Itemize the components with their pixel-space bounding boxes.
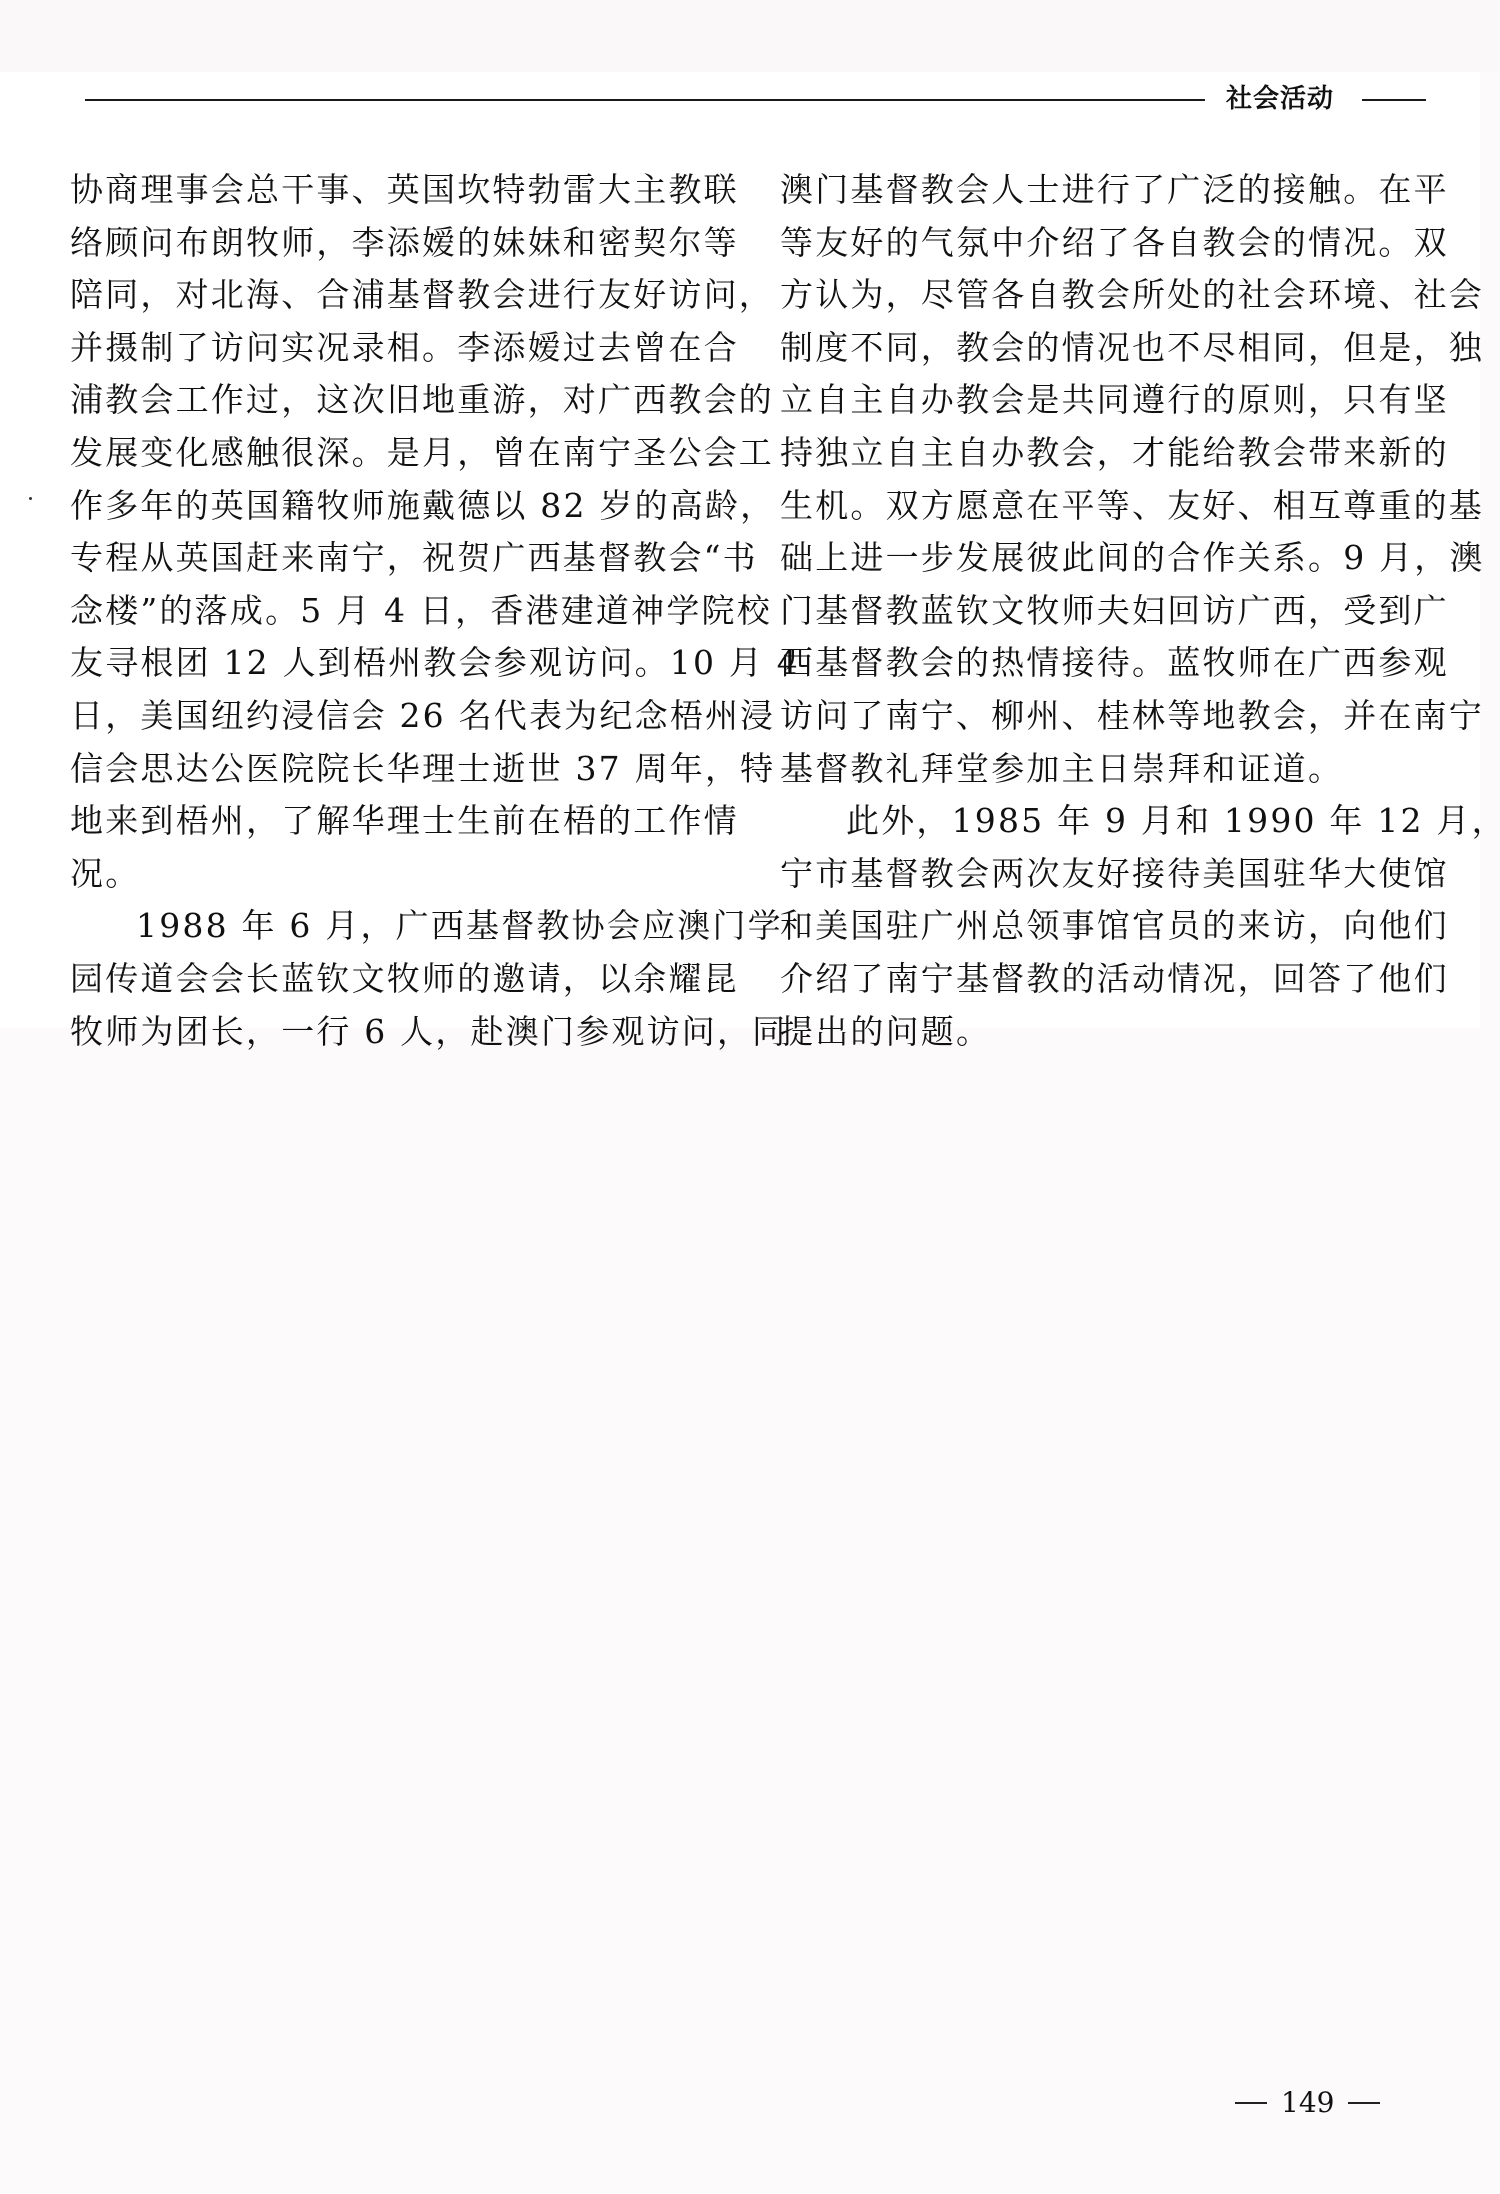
- text-line: 持独立自主自办教会，才能给教会带来新的: [780, 427, 1428, 480]
- text-line: 方认为，尽管各自教会所处的社会环境、社会: [780, 269, 1428, 322]
- text-line: 浦教会工作过，这次旧地重游，对广西教会的: [70, 374, 712, 427]
- text-line: 陪同，对北海、合浦基督教会进行友好访问，: [70, 269, 712, 322]
- text-line: 牧师为团长，一行 6 人，赴澳门参观访问，同: [70, 1006, 712, 1059]
- paragraph-end-line: 况。: [70, 848, 712, 901]
- page-top-margin: [0, 0, 1500, 72]
- text-line: 念楼”的落成。5 月 4 日，香港建道神学院校: [70, 585, 712, 638]
- text-line: 协商理事会总干事、英国坎特勃雷大主教联: [70, 164, 712, 217]
- running-header-section-title: 社会活动: [1226, 82, 1334, 116]
- text-line: 西基督教会的热情接待。蓝牧师在广西参观: [780, 637, 1428, 690]
- page-number: 149: [1235, 2086, 1380, 2120]
- text-line: 日，美国纽约浸信会 26 名代表为纪念梧州浸: [70, 690, 712, 743]
- text-line: 信会思达公医院院长华理士逝世 37 周年，特: [70, 743, 712, 796]
- text-line: 澳门基督教会人士进行了广泛的接触。在平: [780, 164, 1428, 217]
- text-line: 专程从英国赶来南宁，祝贺广西基督教会“书: [70, 532, 712, 585]
- paragraph-end-line: 基督教礼拜堂参加主日崇拜和证道。: [780, 743, 1428, 796]
- text-line: 友寻根团 12 人到梧州教会参观访问。10 月 4: [70, 637, 712, 690]
- right-text-column: 澳门基督教会人士进行了广泛的接触。在平 等友好的气氛中介绍了各自教会的情况。双 …: [780, 164, 1428, 1058]
- scan-speck: [29, 497, 32, 500]
- text-line: 和美国驻广州总领事馆官员的来访，向他们: [780, 900, 1428, 953]
- page-number-dash-right: [1348, 2102, 1380, 2104]
- header-rule-left: [85, 99, 1205, 101]
- text-line: 制度不同，教会的情况也不尽相同，但是，独: [780, 322, 1428, 375]
- page-number-dash-left: [1235, 2102, 1267, 2104]
- text-line: 等友好的气氛中介绍了各自教会的情况。双: [780, 217, 1428, 270]
- text-line: 立自主自办教会是共同遵行的原则，只有坚: [780, 374, 1428, 427]
- left-text-column: 协商理事会总干事、英国坎特勃雷大主教联 络顾问布朗牧师，李添嫒的妹妹和密契尔等 …: [70, 164, 712, 1058]
- text-line: 介绍了南宁基督教的活动情况，回答了他们: [780, 953, 1428, 1006]
- text-line: 园传道会会长蓝钦文牧师的邀请，以余耀昆: [70, 953, 712, 1006]
- text-line: 作多年的英国籍牧师施戴德以 82 岁的高龄，: [70, 480, 712, 533]
- paragraph-start-line: 1988 年 6 月，广西基督教协会应澳门学: [70, 900, 712, 953]
- text-line: 访问了南宁、柳州、桂林等地教会，并在南宁: [780, 690, 1428, 743]
- text-line: 地来到梧州，了解华理士生前在梧的工作情: [70, 795, 712, 848]
- text-line: 发展变化感触很深。是月，曾在南宁圣公会工: [70, 427, 712, 480]
- page-number-value: 149: [1281, 2086, 1334, 2120]
- text-line: 并摄制了访问实况录相。李添嫒过去曾在合: [70, 322, 712, 375]
- header-rule-right: [1362, 99, 1426, 101]
- paragraph-end-line: 提出的问题。: [780, 1006, 1428, 1059]
- text-line: 生机。双方愿意在平等、友好、相互尊重的基: [780, 480, 1428, 533]
- text-line: 宁市基督教会两次友好接待美国驻华大使馆: [780, 848, 1428, 901]
- text-line: 络顾问布朗牧师，李添嫒的妹妹和密契尔等: [70, 217, 712, 270]
- text-line: 门基督教蓝钦文牧师夫妇回访广西，受到广: [780, 585, 1428, 638]
- text-line: 础上进一步发展彼此间的合作关系。9 月，澳: [780, 532, 1428, 585]
- paragraph-start-line: 此外，1985 年 9 月和 1990 年 12 月，南: [780, 795, 1428, 848]
